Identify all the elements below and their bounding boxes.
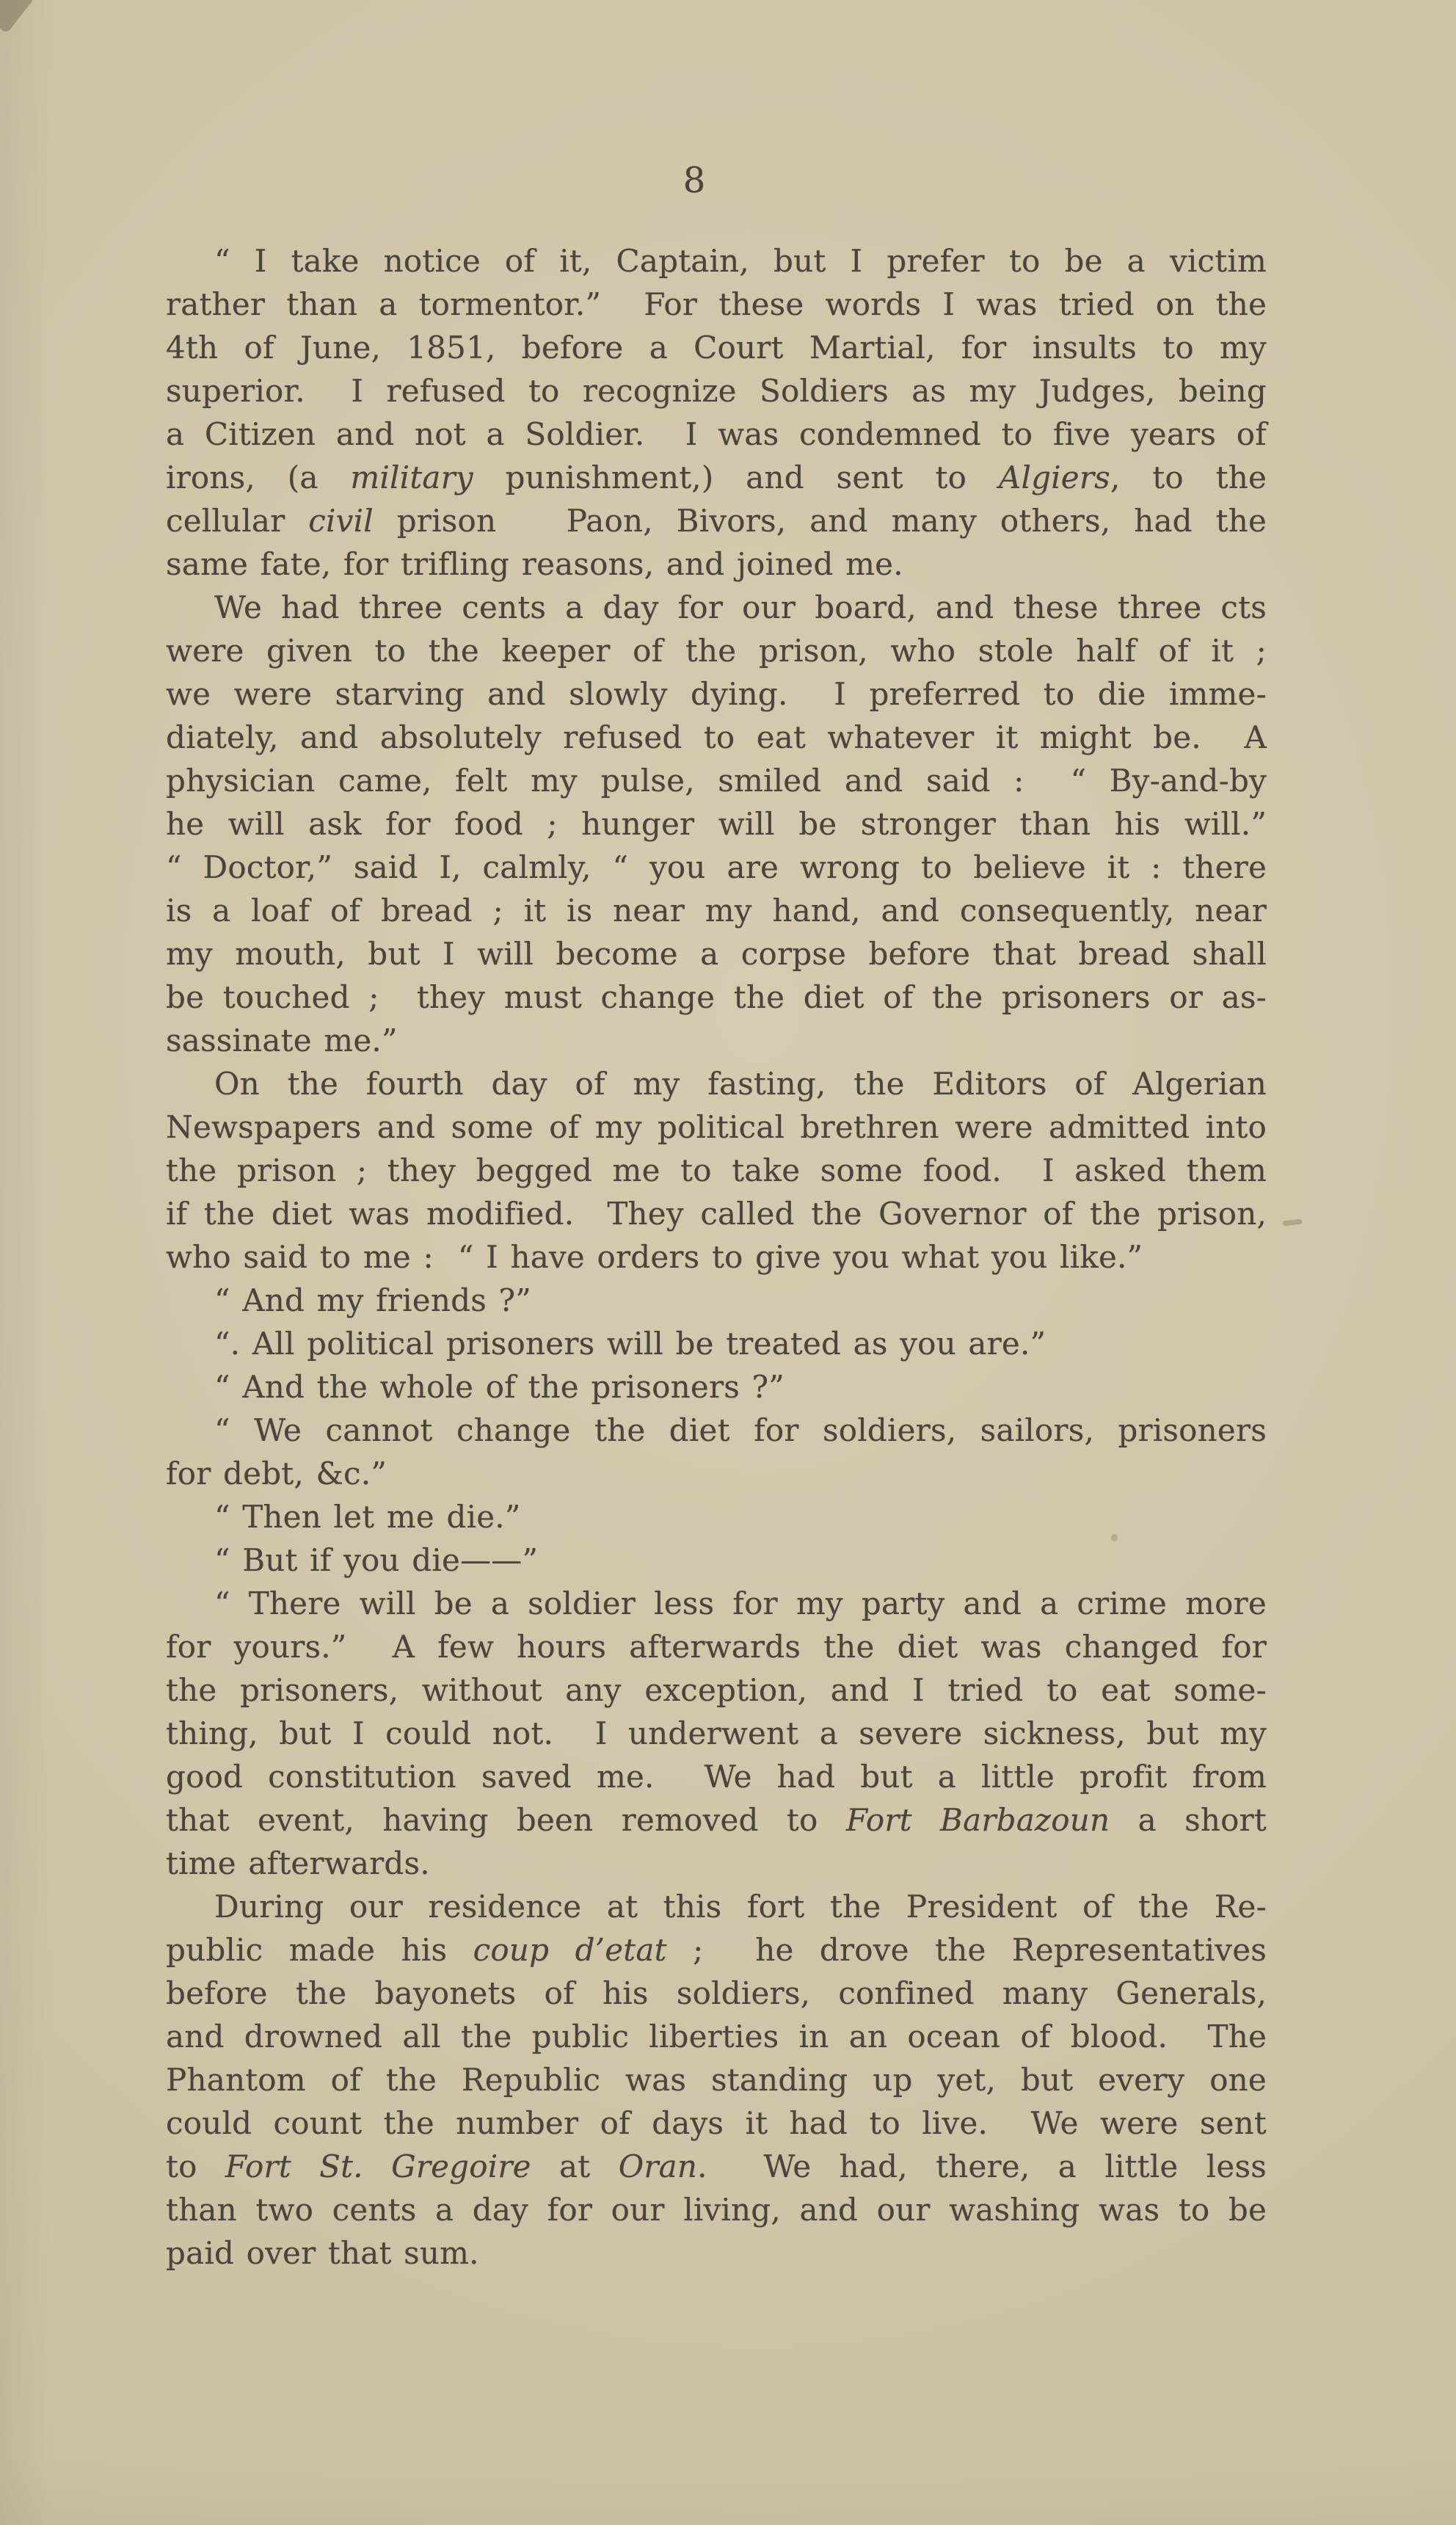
text-line: for yours.” A few hours afterwards the d… xyxy=(166,1625,1267,1668)
italic-text-segment: coup d’etat xyxy=(473,1932,667,1968)
text-line: “ We cannot change the diet for soldiers… xyxy=(166,1409,1267,1452)
text-line: Newspapers and some of my political bret… xyxy=(166,1105,1267,1149)
text-segment: than two cents a day for our living, and… xyxy=(166,2192,1267,2228)
text-line: “ And my friends ?” xyxy=(166,1279,1267,1322)
text-segment: “ There will be a soldier less for my pa… xyxy=(214,1585,1267,1621)
text-segment: be touched ; they must change the diet o… xyxy=(166,979,1267,1015)
text-segment: “ And the whole of the prisoners ?” xyxy=(214,1369,785,1405)
text-segment: sassinate me.” xyxy=(166,1022,398,1058)
text-segment: could count the number of days it had to… xyxy=(166,2105,1267,2141)
text-segment: . We had, there, a little less xyxy=(697,2148,1267,2184)
text-line: the prisoners, without any exception, an… xyxy=(166,1668,1267,1712)
text-line: diately, and absolutely refused to eat w… xyxy=(166,716,1267,759)
text-segment: time afterwards. xyxy=(166,1845,430,1881)
text-line: good constitution saved me. We had but a… xyxy=(166,1755,1267,1798)
text-line: We had three cents a day for our board, … xyxy=(166,586,1267,629)
text-line: were given to the keeper of the prison, … xyxy=(166,629,1267,672)
text-line: superior. I refused to recognize Soldier… xyxy=(166,369,1267,413)
text-segment: at xyxy=(531,2148,619,2184)
text-segment: On the fourth day of my fasting, the Edi… xyxy=(214,1066,1267,1102)
text-segment: is a loaf of bread ; it is near my hand,… xyxy=(166,893,1267,929)
text-segment: irons, (a xyxy=(166,459,350,495)
text-segment: the prison ; they begged me to take some… xyxy=(166,1152,1267,1188)
text-line: could count the number of days it had to… xyxy=(166,2101,1267,2145)
text-line: we were starving and slowly dying. I pre… xyxy=(166,672,1267,716)
text-line: On the fourth day of my fasting, the Edi… xyxy=(166,1062,1267,1105)
page-number: 8 xyxy=(144,160,1245,201)
text-line: 4th of June, 1851, before a Court Martia… xyxy=(166,326,1267,369)
text-line: “ But if you die——” xyxy=(166,1538,1267,1582)
text-line: rather than a tormentor.” For these word… xyxy=(166,283,1267,326)
corner-mark xyxy=(0,0,34,34)
text-line: “ Doctor,” said I, calmly, “ you are wro… xyxy=(166,846,1267,889)
text-segment: a short xyxy=(1110,1802,1267,1838)
text-segment: good constitution saved me. We had but a… xyxy=(166,1759,1267,1795)
text-segment: , to the xyxy=(1110,459,1267,495)
text-line: before the bayonets of his soldiers, con… xyxy=(166,1972,1267,2015)
text-segment: for yours.” A few hours afterwards the d… xyxy=(166,1629,1267,1665)
text-segment: that event, having been removed to xyxy=(166,1802,846,1838)
italic-text-segment: civil xyxy=(308,503,374,539)
text-segment: were given to the keeper of the prison, … xyxy=(166,633,1267,669)
text-segment: same fate, for trifling reasons, and joi… xyxy=(166,546,903,582)
text-segment: if the diet was modified. They called th… xyxy=(166,1196,1267,1232)
italic-text-segment: Fort St. Gregoire xyxy=(225,2148,531,2184)
italic-text-segment: Oran xyxy=(619,2148,697,2184)
text-line: is a loaf of bread ; it is near my hand,… xyxy=(166,889,1267,932)
text-segment: rather than a tormentor.” For these word… xyxy=(166,286,1267,322)
text-segment: public made his xyxy=(166,1932,473,1968)
text-line: my mouth, but I will become a corpse bef… xyxy=(166,932,1267,976)
italic-text-segment: Algiers xyxy=(999,459,1110,495)
text-line: a Citizen and not a Soldier. I was conde… xyxy=(166,413,1267,456)
text-line: physician came, felt my pulse, smiled an… xyxy=(166,759,1267,802)
text-line: thing, but I could not. I underwent a se… xyxy=(166,1712,1267,1755)
text-line: “ And the whole of the prisoners ?” xyxy=(166,1365,1267,1409)
text-segment: superior. I refused to recognize Soldier… xyxy=(166,373,1267,409)
text-segment: the prisoners, without any exception, an… xyxy=(166,1672,1267,1708)
text-segment: “ Then let me die.” xyxy=(214,1499,521,1535)
text-segment: During our residence at this fort the Pr… xyxy=(214,1889,1267,1925)
text-line: if the diet was modified. They called th… xyxy=(166,1192,1267,1235)
text-line: the prison ; they begged me to take some… xyxy=(166,1149,1267,1192)
text-segment: for debt, &c.” xyxy=(166,1456,387,1492)
text-line: “ Then let me die.” xyxy=(166,1495,1267,1538)
text-segment: Newspapers and some of my political bret… xyxy=(166,1109,1267,1145)
text-segment: prison Paon, Bivors, and many others, ha… xyxy=(374,503,1267,539)
text-line: Phantom of the Republic was standing up … xyxy=(166,2058,1267,2101)
text-segment: he will ask for food ; hunger will be st… xyxy=(166,806,1267,842)
text-line: public made his coup d’etat ; he drove t… xyxy=(166,1928,1267,1972)
text-segment: We had three cents a day for our board, … xyxy=(214,589,1267,625)
text-line: who said to me : “ I have orders to give… xyxy=(166,1235,1267,1279)
italic-text-segment: Fort Barbazoun xyxy=(846,1802,1110,1838)
text-line: paid over that sum. xyxy=(166,2231,1267,2275)
paper-speck xyxy=(1283,1219,1303,1227)
text-segment: and drowned all the public liberties in … xyxy=(166,2019,1267,2054)
text-segment: “ We cannot change the diet for soldiers… xyxy=(214,1412,1267,1448)
text-segment: a Citizen and not a Soldier. I was conde… xyxy=(166,416,1267,452)
text-segment: diately, and absolutely refused to eat w… xyxy=(166,719,1267,755)
text-line: be touched ; they must change the diet o… xyxy=(166,976,1267,1019)
text-line: “. All political prisoners will be treat… xyxy=(166,1322,1267,1365)
text-line: he will ask for food ; hunger will be st… xyxy=(166,802,1267,846)
text-line: to Fort St. Gregoire at Oran. We had, th… xyxy=(166,2145,1267,2188)
text-line: same fate, for trifling reasons, and joi… xyxy=(166,542,1267,586)
text-segment: “ I take notice of it, Captain, but I pr… xyxy=(214,243,1267,279)
text-line: “ I take notice of it, Captain, but I pr… xyxy=(166,239,1267,283)
text-segment: thing, but I could not. I underwent a se… xyxy=(166,1715,1267,1751)
text-line: During our residence at this fort the Pr… xyxy=(166,1885,1267,1928)
text-segment: “ But if you die——” xyxy=(214,1542,538,1578)
text-segment: punishment,) and sent to xyxy=(473,459,999,495)
text-segment: my mouth, but I will become a corpse bef… xyxy=(166,936,1267,972)
text-line: than two cents a day for our living, and… xyxy=(166,2188,1267,2231)
text-segment: “ And my friends ?” xyxy=(214,1282,531,1318)
text-segment: “ Doctor,” said I, calmly, “ you are wro… xyxy=(166,849,1267,885)
text-segment: who said to me : “ I have orders to give… xyxy=(166,1239,1143,1275)
italic-text-segment: military xyxy=(350,459,473,495)
text-segment: Phantom of the Republic was standing up … xyxy=(166,2062,1267,2098)
text-segment: 4th of June, 1851, before a Court Martia… xyxy=(166,330,1267,366)
book-page: 8 “ I take notice of it, Captain, but I … xyxy=(0,0,1456,2525)
text-line: cellular civil prison Paon, Bivors, and … xyxy=(166,499,1267,542)
text-segment: cellular xyxy=(166,503,308,539)
page-text: “ I take notice of it, Captain, but I pr… xyxy=(166,239,1267,2275)
text-segment: physician came, felt my pulse, smiled an… xyxy=(166,763,1267,799)
text-line: sassinate me.” xyxy=(166,1019,1267,1062)
text-segment: to xyxy=(166,2148,225,2184)
text-segment: paid over that sum. xyxy=(166,2235,479,2271)
text-segment: “. All political prisoners will be treat… xyxy=(214,1326,1046,1362)
text-line: “ There will be a soldier less for my pa… xyxy=(166,1582,1267,1625)
text-line: and drowned all the public liberties in … xyxy=(166,2015,1267,2058)
text-segment: we were starving and slowly dying. I pre… xyxy=(166,676,1267,712)
text-line: irons, (a military punishment,) and sent… xyxy=(166,456,1267,499)
text-line: time afterwards. xyxy=(166,1842,1267,1885)
text-segment: ; he drove the Representatives xyxy=(667,1932,1267,1968)
text-segment: before the bayonets of his soldiers, con… xyxy=(166,1975,1267,2011)
text-line: for debt, &c.” xyxy=(166,1452,1267,1495)
text-line: that event, having been removed to Fort … xyxy=(166,1798,1267,1842)
